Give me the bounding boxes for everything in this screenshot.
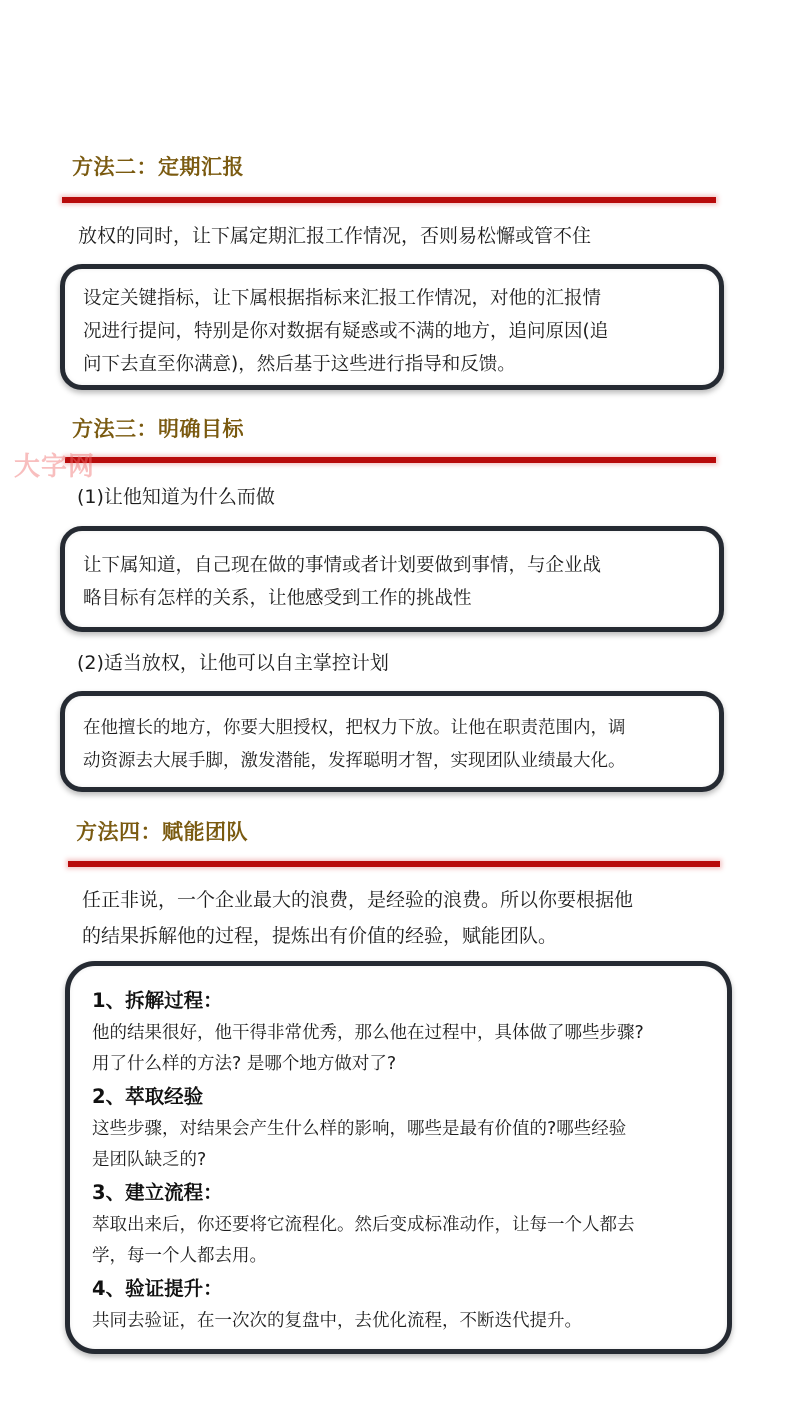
box-text-line: 动资源去大展手脚，激发潜能，发挥聪明才智，实现团队业绩最大化。 (83, 745, 626, 778)
section-intro: 任正非说，一个企业最大的浪费，是经验的浪费。所以你要根据他 (82, 882, 633, 918)
info-box-delegate: 在他擅长的地方，你要大胆授权，把权力下放。让他在职责范围内，调 动资源去大展手脚… (60, 691, 724, 792)
section-divider (62, 197, 716, 203)
section-title-regular-reporting: 方法二：定期汇报 (72, 151, 244, 181)
section-title-clear-goals: 方法三：明确目标 (72, 413, 244, 443)
step-body: 他的结果很好，他干得非常优秀，那么他在过程中，具体做了哪些步骤? (92, 1018, 709, 1049)
subitem-label: (2)适当放权，让他可以自主掌控计划 (77, 645, 389, 681)
step-body: 共同去验证，在一次次的复盘中，去优化流程，不断迭代提升。 (92, 1306, 709, 1337)
step-body: 学，每一个人都去用。 (92, 1241, 709, 1272)
step-title: 4、验证提升： (92, 1272, 709, 1306)
subitem-label: (1)让他知道为什么而做 (77, 479, 275, 515)
section-intro: 的结果拆解他的过程，提炼出有价值的经验，赋能团队。 (82, 918, 557, 954)
info-box-steps: 1、拆解过程： 他的结果很好，他干得非常优秀，那么他在过程中，具体做了哪些步骤?… (65, 961, 732, 1354)
box-text-line: 况进行提问，特别是你对数据有疑惑或不满的地方，追问原因(追 (83, 315, 608, 348)
box-text-line: 问下去直至你满意)，然后基于这些进行指导和反馈。 (83, 348, 608, 381)
step-body: 用了什么样的方法? 是哪个地方做对了? (92, 1049, 709, 1080)
step-title: 2、萃取经验 (92, 1080, 709, 1114)
step-body: 是团队缺乏的? (92, 1145, 709, 1176)
box-text-line: 设定关键指标，让下属根据指标来汇报工作情况，对他的汇报情 (83, 282, 608, 315)
box-text-line: 略目标有怎样的关系，让他感受到工作的挑战性 (83, 582, 601, 615)
step-title: 3、建立流程： (92, 1176, 709, 1210)
step-body: 这些步骤，对结果会产生什么样的影响，哪些是最有价值的?哪些经验 (92, 1114, 709, 1145)
section-divider (68, 861, 720, 867)
box-text-line: 让下属知道，自己现在做的事情或者计划要做到事情，与企业战 (83, 549, 601, 582)
box-text-line: 在他擅长的地方，你要大胆授权，把权力下放。让他在职责范围内，调 (83, 712, 626, 745)
step-body: 萃取出来后，你还要将它流程化。然后变成标准动作，让每一个人都去 (92, 1210, 709, 1241)
section-divider (65, 457, 716, 463)
step-title: 1、拆解过程： (92, 984, 709, 1018)
section-intro: 放权的同时，让下属定期汇报工作情况，否则易松懈或管不住 (78, 218, 591, 254)
info-box-why: 让下属知道，自己现在做的事情或者计划要做到事情，与企业战 略目标有怎样的关系，让… (60, 526, 724, 632)
section-title-empower-team: 方法四：赋能团队 (76, 816, 248, 846)
watermark: 大字网 (14, 446, 95, 483)
info-box-reporting: 设定关键指标，让下属根据指标来汇报工作情况，对他的汇报情 况进行提问，特别是你对… (60, 264, 724, 390)
